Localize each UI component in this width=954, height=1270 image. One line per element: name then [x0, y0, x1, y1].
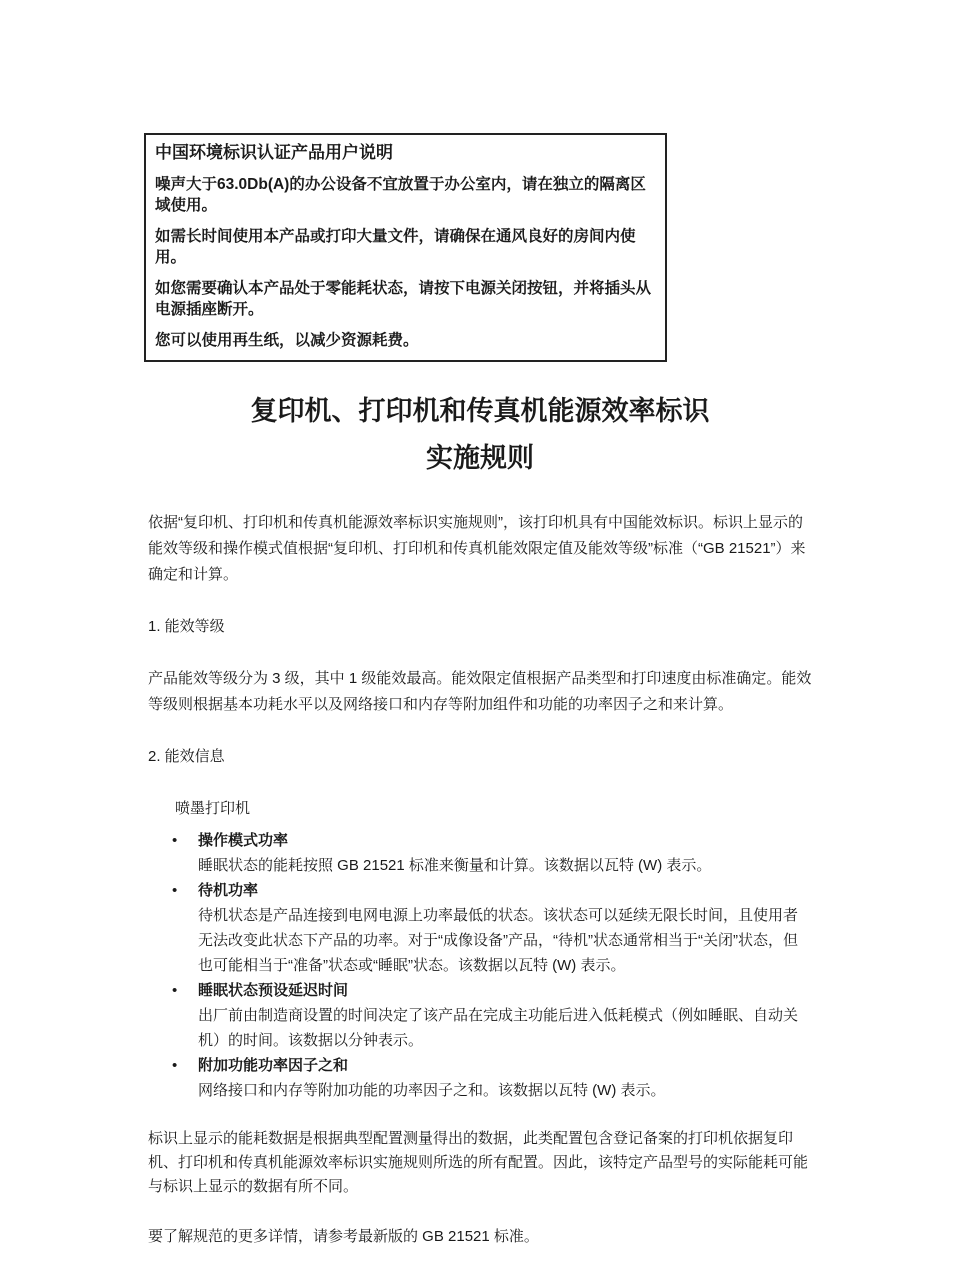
bullet-desc-standby-power: 待机状态是产品连接到电网电源上功率最低的状态。该状态可以延续无限长时间，且使用者…	[198, 903, 812, 978]
notice-line-noise: 噪声大于63.0Db(A)的办公设备不宜放置于办公室内，请在独立的隔离区域使用。	[155, 174, 653, 216]
document-title: 复印机、打印机和传真机能源效率标识 实施规则	[148, 388, 812, 482]
section2-heading: 2. 能效信息	[148, 744, 812, 770]
document-title-line2: 实施规则	[148, 435, 812, 482]
notice-line-recycled-paper: 您可以使用再生纸，以减少资源耗费。	[155, 330, 653, 351]
bullet-icon: •	[172, 978, 177, 1003]
bullet-icon: •	[172, 828, 177, 853]
list-item: • 睡眠状态预设延迟时间 出厂前由制造商设置的时间决定了该产品在完成主功能后进入…	[198, 978, 812, 1053]
notice-line-zero-power: 如您需要确认本产品处于零能耗状态，请按下电源关闭按钮，并将插头从电源插座断开。	[155, 278, 653, 320]
section1-body: 产品能效等级分为 3 级，其中 1 级能效最高。能效限定值根据产品类型和打印速度…	[148, 666, 812, 718]
bullet-desc-addon-power-factor: 网络接口和内存等附加功能的功率因子之和。该数据以瓦特 (W) 表示。	[198, 1078, 812, 1103]
notice-box-title: 中国环境标识认证产品用户说明	[155, 142, 653, 164]
list-item: • 待机功率 待机状态是产品连接到电网电源上功率最低的状态。该状态可以延续无限长…	[198, 878, 812, 978]
bullet-desc-sleep-delay: 出厂前由制造商设置的时间决定了该产品在完成主功能后进入低耗模式（例如睡眠、自动关…	[198, 1003, 812, 1053]
bullet-title-operating-power: 操作模式功率	[198, 828, 812, 853]
energy-info-bullet-list: • 操作模式功率 睡眠状态的能耗按照 GB 21521 标准来衡量和计算。该数据…	[148, 828, 812, 1103]
bullet-icon: •	[172, 1053, 177, 1078]
section2-subheading: 喷墨打印机	[175, 796, 812, 822]
bullet-title-sleep-delay: 睡眠状态预设延迟时间	[198, 978, 812, 1003]
document-page: 中国环境标识认证产品用户说明 噪声大于63.0Db(A)的办公设备不宜放置于办公…	[0, 0, 954, 1270]
bullet-icon: •	[172, 878, 177, 903]
intro-paragraph: 依据“复印机、打印机和传真机能源效率标识实施规则”，该打印机具有中国能效标识。标…	[148, 510, 812, 588]
list-item: • 操作模式功率 睡眠状态的能耗按照 GB 21521 标准来衡量和计算。该数据…	[198, 828, 812, 878]
bullet-title-addon-power-factor: 附加功能功率因子之和	[198, 1053, 812, 1078]
document-body: 依据“复印机、打印机和传真机能源效率标识实施规则”，该打印机具有中国能效标识。标…	[148, 510, 812, 1249]
document-title-line1: 复印机、打印机和传真机能源效率标识	[148, 388, 812, 435]
section1-heading: 1. 能效等级	[148, 614, 812, 640]
bullet-title-standby-power: 待机功率	[198, 878, 812, 903]
footer-paragraph-measurement-note: 标识上显示的能耗数据是根据典型配置测量得出的数据，此类配置包含登记备案的打印机依…	[148, 1127, 812, 1199]
china-eco-label-notice-box: 中国环境标识认证产品用户说明 噪声大于63.0Db(A)的办公设备不宜放置于办公…	[144, 133, 667, 362]
notice-line-ventilation: 如需长时间使用本产品或打印大量文件，请确保在通风良好的房间内使用。	[155, 226, 653, 268]
list-item: • 附加功能功率因子之和 网络接口和内存等附加功能的功率因子之和。该数据以瓦特 …	[198, 1053, 812, 1103]
footer-paragraph-standard-reference: 要了解规范的更多详情，请参考最新版的 GB 21521 标准。	[148, 1225, 812, 1249]
bullet-desc-operating-power: 睡眠状态的能耗按照 GB 21521 标准来衡量和计算。该数据以瓦特 (W) 表…	[198, 853, 812, 878]
